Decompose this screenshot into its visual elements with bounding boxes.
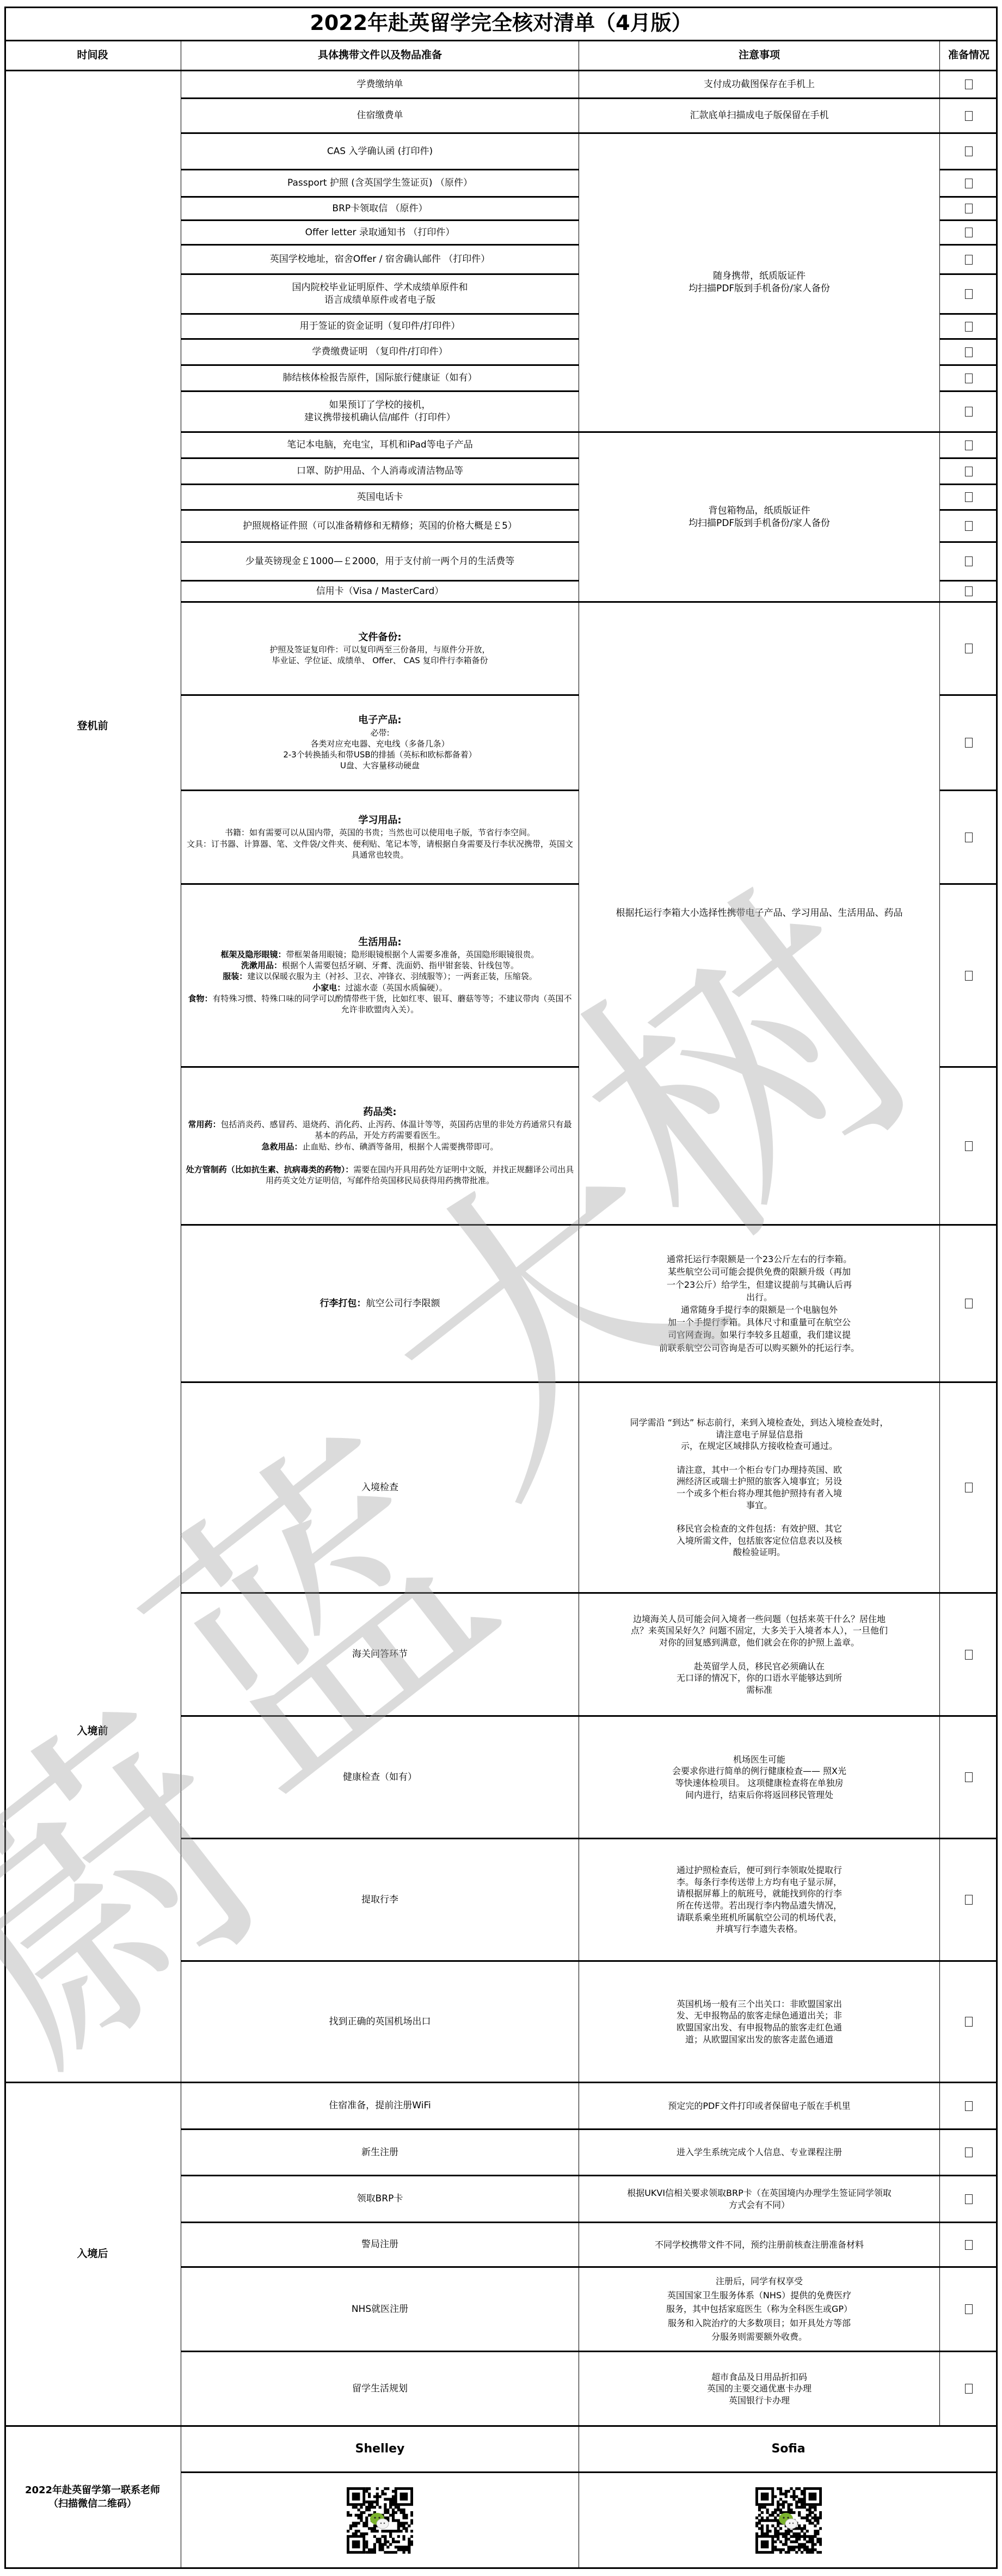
contact-qr-cell [181, 2471, 579, 2568]
after-note: 根据UKVI信相关要求领取BRP卡（在英国境内办理学生签证同学领取方式会有不同） [579, 2175, 939, 2222]
period-after-entry: 入境后 [4, 2082, 181, 2425]
item-cell: 肺结核体检报告原件，国际旅行健康证（如有） [181, 364, 579, 390]
after-item: 住宿准备，提前注册WiFi [181, 2082, 579, 2128]
checkbox[interactable] [965, 440, 973, 450]
entry-item: 找到正确的英国机场出口 [181, 1960, 579, 2082]
text-line: 一个23公斤）给学生，但建议提前与其确认后再 [667, 1278, 852, 1291]
item-cell: 少量英镑现金￡1000—￡2000，用于支付前一两个月的生活费等 [181, 541, 579, 580]
item-cell: 国内院校毕业证明原件、学术成绩单原件和语言成绩单原件或者电子版 [181, 273, 579, 313]
item-cell: 用于签证的资金证明（复印件/打印件） [181, 313, 579, 338]
contact-name-sofia: Sofia [579, 2425, 998, 2471]
text-line: 随身携带，纸质版证件 [713, 270, 806, 283]
category-line: 服装：建议以保暖衣服为主（衬衫、卫衣、冲锋衣、羽绒服等）；一两套正装，压缩袋。 [223, 971, 537, 982]
text-line: 移民官会检查的文件包括：有效护照、其它 [677, 1523, 842, 1535]
checkbox[interactable] [965, 179, 973, 188]
status-cell [939, 169, 998, 196]
item-cell: 英国电话卡 [181, 484, 579, 509]
status-cell [939, 1224, 998, 1381]
category-line: 各类对应充电器、充电线（多备几条） [310, 738, 449, 749]
checkbox[interactable] [965, 971, 973, 981]
status-cell [939, 390, 998, 431]
status-cell [939, 70, 998, 97]
item-cell: 如果预订了学校的接机，建议携带接机确认信/邮件（打印件） [181, 390, 579, 431]
checkbox[interactable] [965, 347, 973, 357]
category-lead: 常用药： [188, 1119, 220, 1129]
text-line: 加一个手提行李箱。具体尺寸和重量可在航空公 [668, 1316, 851, 1329]
category-title: 电子产品: [358, 714, 401, 727]
text-line: 对你的回复感到满意，他们就会在你的护照上盖章。 [659, 1637, 859, 1649]
category-line: 毕业证、学位证、成绩单、 Offer、 CAS 复印件行李箱备份 [272, 655, 488, 666]
note-cell: 支付成功截图保存在手机上 [579, 70, 939, 97]
text-line: 通常随身手提行李的限额是一个电脑包外 [681, 1304, 838, 1316]
entry-note: 机场医生可能会要求你进行简单的例行健康检查—— 照X光等快速体检项目。 这项健康… [579, 1715, 939, 1838]
text-line: 洲经济区或瑞士护照的旅客入境事宜；另设 [677, 1476, 842, 1488]
category-medicine: 药品类:常用药：包括消炎药、感冒药、退烧药、消化药、止泻药、体温计等等，英国药店… [181, 1066, 579, 1224]
checkbox[interactable] [965, 586, 973, 596]
item-cell: Passport 护照 (含英国学生签证页) （原件） [181, 169, 579, 196]
checkbox[interactable] [965, 833, 973, 842]
checkbox[interactable] [965, 738, 973, 748]
checkbox[interactable] [965, 521, 973, 531]
checkbox[interactable] [965, 204, 973, 213]
after-note: 超市食品及日用品折扣码英国的主要交通优惠卡办理英国银行卡办理 [579, 2351, 939, 2425]
after-note: 不同学校携带文件不同，预约注册前核查注册准备材料 [579, 2222, 939, 2266]
category-line: 处方管制药（比如抗生素、抗病毒类的药物）：需要在国内开具用药处方证明中文版，并找… [186, 1164, 574, 1186]
text-line: 需标准 [746, 1684, 772, 1696]
text-line: 方式会有不同） [729, 2199, 790, 2211]
text-line: 李。每条行李传送带上方均有电子显示屏， [677, 1876, 842, 1888]
status-cell [939, 694, 998, 790]
status-cell [939, 196, 998, 219]
text-line: 请根据屏幕上的航班号，就能找到你的行李 [677, 1888, 842, 1900]
text-line: 如果预订了学校的接机， [329, 399, 431, 412]
checkbox[interactable] [965, 2194, 973, 2204]
category-lead: 处方管制药（比如抗生素、抗病毒类的药物）： [186, 1165, 354, 1174]
text-line: 一个或多个柜台将办理其他护照持有者入境 [677, 1488, 842, 1500]
item-cell: 住宿缴费单 [181, 97, 579, 132]
text-line: 服务，其中包括家庭医生（称为全科医生或GP） [666, 2302, 852, 2316]
note-carry-on: 随身携带，纸质版证件均扫描PDF版到手机备份/家人备份 [579, 132, 939, 431]
status-cell [939, 97, 998, 132]
status-cell [939, 244, 998, 273]
category-documents: 文件备份:护照及签证复印件：可以复印两至三份备用，与原件分开放，毕业证、学位证、… [181, 601, 579, 694]
checkbox[interactable] [965, 2101, 973, 2111]
status-cell [939, 1066, 998, 1224]
category-lead: 服装： [223, 971, 247, 981]
status-cell [939, 1715, 998, 1838]
contact-qr-cell [579, 2471, 998, 2568]
text-line: 语言成绩单原件或者电子版 [324, 294, 435, 307]
text-line: 英国的主要交通优惠卡办理 [707, 2383, 812, 2395]
after-item: 警局注册 [181, 2222, 579, 2266]
text-line: 均扫描PDF版到手机备份/家人备份 [689, 283, 830, 295]
item-cell: 学费缴纳单 [181, 70, 579, 97]
category-line: 常用药：包括消炎药、感冒药、退烧药、消化药、止泻药、体温计等等，英国药店里的非处… [186, 1119, 574, 1141]
checkbox[interactable] [965, 111, 973, 121]
entry-item: 海关问答环节 [181, 1592, 579, 1715]
checkbox[interactable] [965, 289, 973, 299]
checkbox[interactable] [965, 407, 973, 417]
item-cell: 笔记本电脑，充电宝，耳机和iPad等电子产品 [181, 431, 579, 457]
text-line: 点？来英国呆好久？问题不固定，大多关于入境者本人），一旦他们 [631, 1625, 888, 1637]
category-lead: 洗漱用品： [241, 960, 282, 970]
text-line: 请注意电子屏显信息指 [716, 1429, 803, 1441]
wechat-qr-code-icon[interactable] [347, 2487, 413, 2554]
entry-item: 提取行李 [181, 1838, 579, 1960]
text-line: 前联系航空公司咨询是否可以购买额外的托运行李。 [659, 1342, 859, 1354]
header-items: 具体携带文件以及物品准备 [181, 40, 579, 70]
note-checked-luggage: 根据托运行李箱大小选择性携带电子产品、学习用品、生活用品、药品 [579, 601, 939, 1224]
status-cell [939, 273, 998, 313]
text-line: 请联系乘坐班机所属航空公司的机场代表， [677, 1912, 842, 1924]
item-cell: 信用卡（Visa / MasterCard） [181, 580, 579, 601]
text-line: 通常托运行李限额是一个23公斤左右的行李箱。 [667, 1253, 852, 1265]
checkbox[interactable] [965, 374, 973, 383]
period-before-entry: 入境前 [4, 1381, 181, 2082]
item-cell: 英国学校地址，宿舍Offer / 宿舍确认邮件 （打印件） [181, 244, 579, 273]
status-cell [939, 1838, 998, 1960]
contact-name-shelley: Shelley [181, 2425, 579, 2471]
text-line: 等快速体检项目。 这项健康检查将在单独房 [675, 1777, 843, 1789]
text-line: 酸检验证明。 [733, 1546, 785, 1558]
status-cell [939, 601, 998, 694]
text-line: 注册后，同学有权享受 [716, 2274, 803, 2289]
entry-note: 同学需沿 “到达” 标志前行，来到入境检查处，到达入境检查处时，请注意电子屏显信… [579, 1381, 939, 1592]
entry-note: 边境海关人员可能会问入境者一些问题（包括来英干什么？居住地点？来英国呆好久？问题… [579, 1592, 939, 1715]
status-cell [939, 457, 998, 484]
after-item: 留学生活规划 [181, 2351, 579, 2425]
header-period: 时间段 [4, 40, 181, 70]
checkbox[interactable] [965, 467, 973, 476]
status-cell [939, 219, 998, 244]
text-line: 国内院校毕业证明原件、学术成绩单原件和 [292, 282, 468, 294]
category-daily: 生活用品:框架及隐形眼镜：带框架备用眼镜；隐形眼镜根据个人需要多准备，英国隐形眼… [181, 883, 579, 1066]
after-item: 新生注册 [181, 2128, 579, 2175]
category-line: 2-3个转换插头和带USB的排插（英标和欧标都备着） [283, 749, 476, 760]
text-line: 会要求你进行简单的例行健康检查—— 照X光 [672, 1765, 846, 1777]
checkbox[interactable] [965, 79, 973, 89]
entry-note: 通过护照检查后，便可到行李领取处提取行李。每条行李传送带上方均有电子显示屏，请根… [579, 1838, 939, 1960]
text-line: 并填写行李遗失表格。 [716, 1923, 803, 1935]
status-cell [939, 883, 998, 1066]
text-line: 超市食品及日用品折扣码 [711, 2371, 807, 2383]
checkbox[interactable] [965, 146, 973, 156]
category-line: 洗漱用品：根据个人需要包括牙刷、牙膏、洗面奶、指甲钳套装、针线包等。 [241, 960, 519, 971]
text-line: 同学需沿 “到达” 标志前行，来到入境检查处，到达入境检查处时， [630, 1417, 889, 1429]
checklist-sheet: 2022年赴英留学完全核对清单（4月版）时间段具体携带文件以及物品准备注意事项准… [4, 7, 998, 2569]
category-line: 护照及签证复印件：可以复印两至三份备用，与原件分开放， [269, 644, 490, 655]
category-line: 食物：有特殊习惯、特殊口味的同学可以酌情带些干货，比如红枣、银耳、蘑菇等等；不建… [186, 993, 574, 1015]
status-cell [939, 338, 998, 364]
status-cell [939, 313, 998, 338]
text-line: 所在传送带。若出现行李内物品遗失情况， [677, 1900, 842, 1912]
status-cell [939, 2175, 998, 2222]
checkbox[interactable] [965, 255, 973, 265]
status-cell [939, 790, 998, 883]
category-line: 必带: [370, 727, 389, 738]
text-line: 道；从欧盟国家出发的旅客走蓝色通道 [685, 2034, 833, 2046]
text-line: 边境海关人员可能会问入境者一些问题（包括来英干什么？居住地 [633, 1613, 886, 1625]
text-line: 示，在规定区域排队方接收检查可通过。 [681, 1440, 838, 1452]
checkbox[interactable] [965, 2147, 973, 2157]
text-line: 2022年赴英留学第一联系老师 [25, 2484, 160, 2497]
category-line: 急救用品：止血贴、纱布、碘酒等备用，根据个人需要携带即可。 [261, 1141, 498, 1152]
note-cell: 汇款底单扫描成电子版保留在手机 [579, 97, 939, 132]
category-line: 框架及隐形眼镜：带框架备用眼镜；隐形眼镜根据个人需要多准备，英国隐形眼镜很贵。 [220, 949, 539, 960]
text-line: 入境所需文件，包括旅客定位信息表以及核 [677, 1535, 842, 1547]
checkbox[interactable] [965, 1483, 973, 1492]
entry-item: 健康检查（如有） [181, 1715, 579, 1838]
status-cell [939, 509, 998, 541]
category-line: 小家电：过滤水壶（英国水质偏硬）。 [312, 982, 447, 993]
checkbox[interactable] [965, 2240, 973, 2250]
category-title: 药品类: [363, 1106, 396, 1119]
contact-label: 2022年赴英留学第一联系老师（扫描微信二维码） [4, 2425, 181, 2568]
category-title: 生活用品: [358, 936, 401, 949]
checkbox[interactable] [965, 1299, 973, 1308]
wechat-qr-code-icon[interactable] [755, 2487, 822, 2554]
text-line: 机场医生可能 [733, 1754, 785, 1766]
text-line: 英国国家卫生服务体系（NHS）提供的免费医疗 [667, 2289, 851, 2303]
text-line: 赴英留学人员，移民官必须确认在 [694, 1661, 825, 1673]
status-cell [939, 580, 998, 601]
category-line: 书籍：如有需要可以从国内带，英国的书贵；当然也可以使用电子版，节省行李空间。 [225, 827, 535, 838]
text-line: 根据UKVI信相关要求领取BRP卡（在英国境内办理学生签证同学领取 [627, 2187, 892, 2199]
category-lead: 食物： [188, 994, 212, 1004]
category-lead: 急救用品： [261, 1142, 302, 1152]
item-cell: 学费缴费证明 （复印件/打印件） [181, 338, 579, 364]
category-lead: 小家电： [312, 983, 345, 993]
text-line: 不同学校携带文件不同，预约注册前核查注册准备材料 [655, 2239, 864, 2251]
checkbox[interactable] [965, 1895, 973, 1905]
checkbox[interactable] [965, 556, 973, 566]
text-line: 分服务则需要额外收费。 [711, 2330, 807, 2344]
status-cell [939, 2351, 998, 2425]
checkbox[interactable] [965, 492, 973, 502]
text-line: 事宜。 [746, 1500, 772, 1512]
checkbox[interactable] [965, 228, 973, 237]
page-title: 2022年赴英留学完全核对清单（4月版） [4, 7, 998, 40]
note-backpack: 背包箱物品，纸质版证件均扫描PDF版到手机备份/家人备份 [579, 431, 939, 601]
checkbox[interactable] [965, 1141, 973, 1151]
item-cell: CAS 入学确认函 (打印件) [181, 132, 579, 169]
luggage-item: 行李打包：航空公司行李限额 [181, 1224, 579, 1381]
item-cell: 口罩、防护用品、个人消毒或清洁物品等 [181, 457, 579, 484]
category-line: U盘、大容量移动硬盘 [340, 760, 420, 771]
status-cell [939, 132, 998, 169]
category-line: 文具：订书器、计算器、笔、文件袋/文件夹、便利贴、笔记本等，请根据自身需要及行李… [186, 839, 574, 861]
status-cell [939, 431, 998, 457]
status-cell [939, 2222, 998, 2266]
text-line: 建议携带接机确认信/邮件（打印件） [304, 412, 456, 424]
text-line: 欧盟国家出发、有申报物品的旅客走红色通 [677, 2022, 842, 2034]
after-note: 注册后，同学有权享受英国国家卫生服务体系（NHS）提供的免费医疗服务，其中包括家… [579, 2266, 939, 2351]
luggage-note: 通常托运行李限额是一个23公斤左右的行李箱。某些航空公司可能会提供免费的限额升级… [579, 1224, 939, 1381]
text-line: 出行。 [746, 1291, 772, 1304]
checkbox[interactable] [965, 322, 973, 332]
text-line: 发、无申报物品的旅客走绿色通道出关；非 [677, 2010, 842, 2022]
text-line: 英国银行卡办理 [729, 2395, 790, 2407]
header-status: 准备情况 [939, 40, 998, 70]
status-cell [939, 484, 998, 509]
status-cell [939, 1592, 998, 1715]
after-item: 领取BRP卡 [181, 2175, 579, 2222]
checkbox[interactable] [965, 2384, 973, 2394]
item-cell: 护照规格证件照（可以准备精修和无精修；英国的价格大概是￡5） [181, 509, 579, 541]
status-cell [939, 2082, 998, 2128]
text-line: 服务和入院治疗的大多数项目；如开具处方等部 [668, 2316, 851, 2330]
text-line: 英国机场一般有三个出关口：非欧盟国家出 [677, 1998, 842, 2010]
checkbox[interactable] [965, 644, 973, 653]
text-line: 间内进行，结束后你将返回移民管理处 [685, 1789, 833, 1801]
text-line: 通过护照检查后，便可到行李领取处提取行 [677, 1864, 842, 1876]
text-line: 均扫描PDF版到手机备份/家人备份 [689, 517, 830, 530]
text-line: 某些航空公司可能会提供免费的限额升级（再加 [668, 1265, 851, 1278]
entry-item: 入境检查 [181, 1381, 579, 1592]
header-notes: 注意事项 [579, 40, 939, 70]
status-cell [939, 541, 998, 580]
luggage-lead: 行李打包： [320, 1298, 366, 1310]
entry-note: 英国机场一般有三个出关口：非欧盟国家出发、无申报物品的旅客走绿色通道出关；非欧盟… [579, 1960, 939, 2082]
text-line: （扫描微信二维码） [48, 2498, 137, 2511]
status-cell [939, 364, 998, 390]
text-line: 司官网查询。如果行李较多且超重，我们建议提 [668, 1329, 851, 1341]
status-cell [939, 1960, 998, 2082]
category-title: 学习用品: [358, 814, 401, 827]
status-cell [939, 2266, 998, 2351]
after-item: NHS就医注册 [181, 2266, 579, 2351]
status-cell [939, 1381, 998, 1592]
status-cell [939, 2128, 998, 2175]
checkbox[interactable] [965, 1650, 973, 1660]
category-title: 文件备份: [358, 631, 401, 644]
after-note: 预定完的PDF文件打印或者保留电子版在手机里 [579, 2082, 939, 2128]
period-boarding: 登机前 [4, 70, 181, 1381]
checkbox[interactable] [965, 2017, 973, 2027]
checkbox[interactable] [965, 2304, 973, 2314]
category-lead: 框架及隐形眼镜： [220, 950, 286, 959]
text-line: 背包箱物品，纸质版证件 [709, 505, 810, 517]
item-cell: BRP卡领取信 （原件） [181, 196, 579, 219]
text-line: 预定完的PDF文件打印或者保留电子版在手机里 [668, 2100, 850, 2112]
text-line: 无口译的情况下，你的口语水平能够达到所 [677, 1672, 842, 1684]
checkbox[interactable] [965, 1772, 973, 1782]
category-electronics: 电子产品:必带:各类对应充电器、充电线（多备几条）2-3个转换插头和带USB的排… [181, 694, 579, 790]
text-line: 请注意，其中一个柜台专门办理持英国、欧 [677, 1464, 842, 1476]
item-cell: Offer letter 录取通知书 （打印件） [181, 219, 579, 244]
after-note: 进入学生系统完成个人信息、专业课程注册 [579, 2128, 939, 2175]
category-study: 学习用品:书籍：如有需要可以从国内带，英国的书贵；当然也可以使用电子版，节省行李… [181, 790, 579, 883]
text-line: 进入学生系统完成个人信息、专业课程注册 [677, 2146, 842, 2158]
